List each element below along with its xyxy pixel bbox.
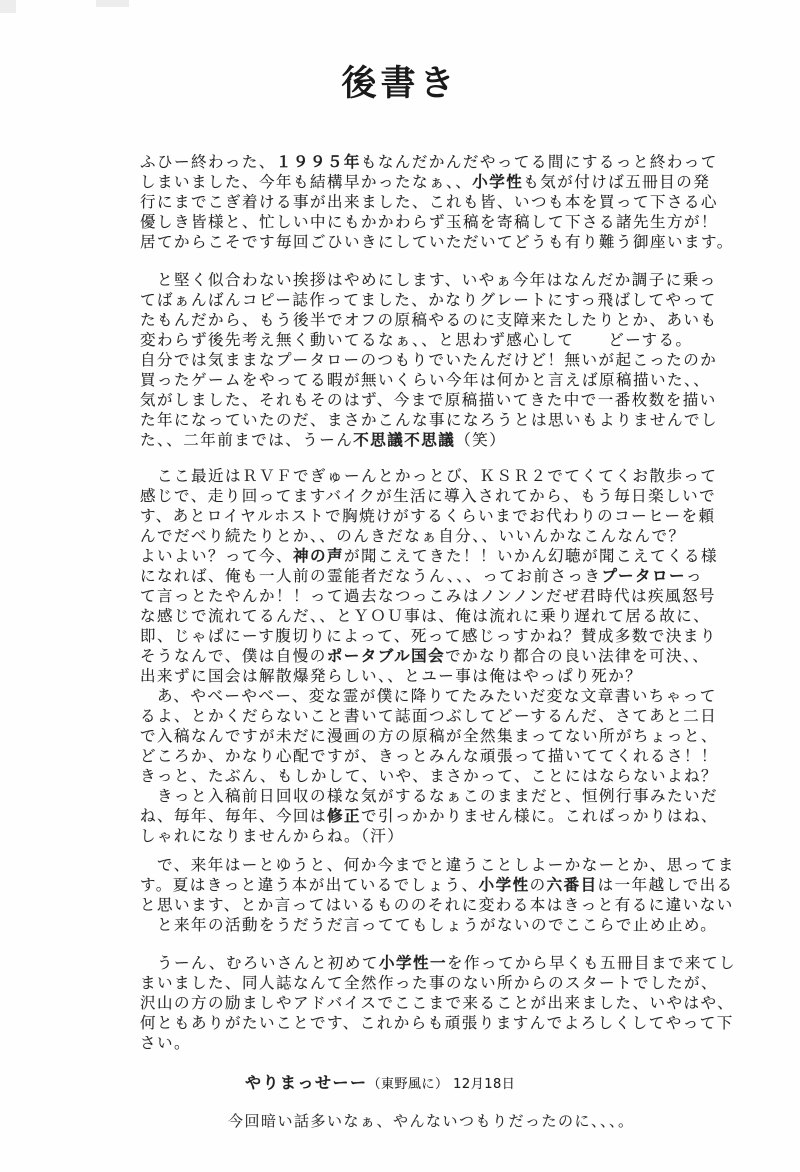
body-text-segment: 行にまでこぎ着ける事が出来ました、これも皆、いつも本を買って下さる心	[140, 193, 718, 211]
text-line: んでだべり続たりとか、、のんきだなぁ自分、、いいんかなこんなんで？	[140, 526, 685, 546]
text-line: 何ともありがたいことです、これからも頑張りますんでよろしくしてやって下	[140, 1013, 685, 1033]
text-line: まいました、同人誌なんて全然作った事のない所からのスタートでしたが、	[140, 973, 685, 993]
text-line: た、、二年前までは、うーん不思議不思議（笑）	[140, 430, 685, 450]
body-text-segment: 買ったゲームをやってる暇が無いくらい今年は何かと言えば原稿描いた、、	[140, 371, 710, 389]
emphasized-text: 不思議不思議	[353, 431, 455, 449]
paragraph-p3: ここ最近はＲＶＦでぎゅーんとかっとび、ＫＳＲ２でてくてくお散歩って感じで、走り回…	[140, 466, 685, 846]
body-text-segment: しまいました、今年も結構早かったなぁ、、	[140, 173, 472, 191]
text-line: 変わらず後先考え無く動いてるなぁ、、と思わず感心して どーする。	[140, 330, 685, 350]
text-line: しゃれになりませんからね。（汗）	[140, 826, 685, 846]
afterword-page: 後書き ふひー終わった、１９９５年もなんだかんだやってる間にするっと終わってしま…	[0, 0, 800, 1172]
body-text-segment: きっと入稿前日回収の様な気がするなぁこのままだと、恒例行事みたいだ	[140, 787, 718, 805]
emphasized-text: 修正	[327, 807, 361, 825]
text-line: よいよい？って今、神の声が聞こえてきた！！いかん幻聴が聞こえてくる様	[140, 546, 685, 566]
text-line: 居てからこそです毎回ごひいきにしていただいてどうも有り難う御座います。	[140, 232, 685, 252]
text-line: やりまっせーー（東野風に） 12月18日	[245, 1073, 685, 1093]
emphasized-text: 小学性	[479, 876, 530, 894]
text-line: ふひー終わった、１９９５年もなんだかんだやってる間にするっと終わって	[140, 152, 685, 172]
paragraph-p4: で、来年はーとゆうと、何か今までと違うことしよーかなーとか、思ってます。夏はきっ…	[140, 855, 685, 935]
text-line: 今回暗い話多いなぁ、やんないつもりだったのに、、、。	[228, 1111, 685, 1131]
body-text-segment: た年になっていたのだ、まさかこんな事になろうとは思いもよりませんでし	[140, 411, 718, 429]
body-text-segment: で引っかかりません様に。こればっかりはね、	[361, 807, 718, 825]
emphasized-text: 小学性	[472, 173, 523, 191]
text-line: あ、やべーやべー、変な霊が僕に降りてたみたいだ変な文章書いちゃって	[140, 686, 685, 706]
text-line: さい。	[140, 1033, 685, 1053]
text-line: ここ最近はＲＶＦでぎゅーんとかっとび、ＫＳＲ２でてくてくお散歩って	[140, 466, 685, 486]
body-text-segment: 変わらず後先考え無く動いてるなぁ、、と思わず感心して どーする。	[140, 331, 692, 349]
body-text-segment: ね、毎年、毎年、今回は	[140, 807, 327, 825]
emphasized-text: 小学性一	[379, 954, 447, 972]
text-line: そうなんで、僕は自慢のポータブル国会でかなり都合の良い法律を可決、、	[140, 646, 685, 666]
body-text-segment: （東野風に）	[368, 1077, 449, 1092]
signature-line: やりまっせーー（東野風に） 12月18日	[140, 1073, 685, 1093]
body-text-segment: 居てからこそです毎回ごひいきにしていただいてどうも有り難う御座います。	[140, 233, 734, 251]
emphasized-text: やりまっせーー	[245, 1073, 368, 1092]
body-text-segment: うーん、むろいさんと初めて	[140, 954, 379, 972]
text-line: 出来ずに国会は解散爆発らしい、、とユー事は俺はやっぱり死か？	[140, 666, 685, 686]
emphasized-text: 神の声	[293, 547, 344, 565]
text-line: て言っとたやんか！！って過去なつっこみはノンノンだぜ君時代は疾風怒号	[140, 586, 685, 606]
text-line: 自分では気ままなプータローのつもりでいたんだけど！無いが起こったのか	[140, 350, 685, 370]
text-line: で、来年はーとゆうと、何か今までと違うことしよーかなーとか、思ってま	[140, 855, 685, 875]
body-text-segment: で、来年はーとゆうと、何か今までと違うことしよーかなーとか、思ってま	[140, 856, 735, 874]
body-text-segment: まいました、同人誌なんて全然作った事のない所からのスタートでしたが、	[140, 974, 718, 992]
body-text-segment: と来年の活動をうだうだ言っててもしょうがないのでここらで止め止め。	[140, 916, 717, 934]
body-text-segment: っ	[686, 567, 703, 585]
text-line: しまいました、今年も結構早かったなぁ、、小学性も気が付けば五冊目の発	[140, 172, 685, 192]
body-text-segment: て言っとたやんか！！って過去なつっこみはノンノンだぜ君時代は疾風怒号	[140, 587, 716, 605]
text-line: 即、じゃぱにーす腹切りによって、死って感じっすかね？賛成多数で決まり	[140, 626, 685, 646]
emphasized-text: １９９５年	[276, 153, 361, 171]
body-text-segment: よいよい？って今、	[140, 547, 293, 565]
body-text-segment: 自分では気ままなプータローのつもりでいたんだけど！無いが起こったのか	[140, 351, 717, 369]
body-text-segment: たもんだから、もう後半でオフの原稿やるのに支障来たしたりとか、あいも	[140, 311, 718, 329]
body-text-segment: と思います、とか言ってはいるもののそれに変わる本はきっと有るに違いない	[140, 896, 734, 914]
text-line: 優しき皆様と、忙しい中にもかかわらず玉稿を寄稿して下さる諸先生方が！	[140, 212, 685, 232]
text-line: す、あとロイヤルホストで胸焼けがするくらいまでお代わりのコーヒーを頼	[140, 506, 685, 526]
body-text-segment: な感じで流れてるんだ、、とＹＯＵ事は、俺は流れに乗り遅れて居る故に、	[140, 607, 710, 625]
emphasized-text: ポータブル国会	[327, 647, 445, 665]
text-line: 買ったゲームをやってる暇が無いくらい今年は何かと言えば原稿描いた、、	[140, 370, 685, 390]
postscript-line: 今回暗い話多いなぁ、やんないつもりだったのに、、、。	[140, 1111, 685, 1131]
body-text-segment: す。夏はきっと違う本が出ているでしょう、	[140, 876, 479, 894]
body-text-segment: と堅く似合わない挨拶はやめにします、いやぁ今年はなんだか調子に乗っ	[140, 271, 717, 289]
paragraph-p5: うーん、むろいさんと初めて小学性一を作ってから早くも五冊目まで来てしまいました、…	[140, 953, 685, 1053]
text-line: と堅く似合わない挨拶はやめにします、いやぁ今年はなんだか調子に乗っ	[140, 270, 685, 290]
body-text-segment: は一年越しで出る	[598, 876, 734, 894]
body-text-segment: 即、じゃぱにーす腹切りによって、死って感じっすかね？賛成多数で決まり	[140, 627, 717, 645]
text-line: と来年の活動をうだうだ言っててもしょうがないのでここらで止め止め。	[140, 915, 685, 935]
body-text-segment: さい。	[140, 1034, 191, 1052]
body-text-segment: きっと、たぶん、もしかして、いや、まさかって、ことにはならないよね？	[140, 767, 718, 785]
text-line: で入稿なんですが未だに漫画の方の原稿が全然集まってない所がちょっと、	[140, 726, 685, 746]
text-line: になれば、俺も一人前の霊能者だなうん、、、ってお前さっきプータローっ	[140, 566, 685, 586]
body-text-segment: そうなんで、僕は自慢の	[140, 647, 327, 665]
paragraph-p2: と堅く似合わない挨拶はやめにします、いやぁ今年はなんだか調子に乗ってばぁんばんコ…	[140, 270, 685, 450]
text-line: てばぁんばんコピー誌作ってました、かなりグレートにすっ飛ばしてやって	[140, 290, 685, 310]
body-text-segment: になれば、俺も一人前の霊能者だなうん、、、ってお前さっき	[140, 567, 601, 585]
body-text-segment: でかなり都合の良い法律を可決、、	[445, 647, 709, 665]
scan-artifact-corner	[0, 0, 16, 13]
text-line: 行にまでこぎ着ける事が出来ました、これも皆、いつも本を買って下さる心	[140, 192, 685, 212]
body-text-segment: が聞こえてきた！！いかん幻聴が聞こえてくる様	[344, 547, 718, 565]
body-text-segment: るよ、とかくだらないこと書いて誌面つぶしてどーするんだ、さてあと二日	[140, 707, 717, 725]
afterword-body: ふひー終わった、１９９５年もなんだかんだやってる間にするっと終わってしまいました…	[140, 152, 685, 1131]
body-text-segment: もなんだかんだやってる間にするっと終わって	[361, 153, 718, 171]
body-text-segment: ふひー終わった、	[140, 153, 276, 171]
text-line: たもんだから、もう後半でオフの原稿やるのに支障来たしたりとか、あいも	[140, 310, 685, 330]
page-title: 後書き	[0, 56, 800, 106]
body-text-segment: 沢山の方の励ましやアドバイスでここまで来ることが出来ました、いやはや、	[140, 994, 734, 1012]
text-line: な感じで流れてるんだ、、とＹＯＵ事は、俺は流れに乗り遅れて居る故に、	[140, 606, 685, 626]
text-line: うーん、むろいさんと初めて小学性一を作ってから早くも五冊目まで来てし	[140, 953, 685, 973]
scan-artifact-bar	[96, 0, 129, 7]
text-line: るよ、とかくだらないこと書いて誌面つぶしてどーするんだ、さてあと二日	[140, 706, 685, 726]
body-text-segment: 出来ずに国会は解散爆発らしい、、とユー事は俺はやっぱり死か？	[140, 667, 642, 685]
emphasized-text: 六番目	[547, 876, 598, 894]
text-line: と思います、とか言ってはいるもののそれに変わる本はきっと有るに違いない	[140, 895, 685, 915]
text-line: 気がしました、それもそのはず、今まで原稿描いてきた中で一番枚数を描い	[140, 390, 685, 410]
text-line: きっと入稿前日回収の様な気がするなぁこのままだと、恒例行事みたいだ	[140, 786, 685, 806]
body-text-segment: で入稿なんですが未だに漫画の方の原稿が全然集まってない所がちょっと、	[140, 727, 718, 745]
body-text-segment: ここ最近はＲＶＦでぎゅーんとかっとび、ＫＳＲ２でてくてくお散歩って	[140, 467, 717, 485]
body-text-segment: （笑）	[455, 431, 506, 449]
body-text-segment: 優しき皆様と、忙しい中にもかかわらず玉稿を寄稿して下さる諸先生方が！	[140, 213, 718, 231]
body-text-segment: 感じで、走り回ってますバイクが生活に導入されてから、もう毎日楽しいで	[140, 487, 716, 505]
text-line: どころか、かなり心配ですが、きっとみんな頑張って描いててくれるさ！！	[140, 746, 685, 766]
body-text-segment: を作ってから早くも五冊目まで来てし	[447, 954, 736, 972]
body-text-segment: 気がしました、それもそのはず、今まで原稿描いてきた中で一番枚数を描い	[140, 391, 717, 409]
emphasized-text: プータロー	[601, 567, 686, 585]
body-text-segment: んでだべり続たりとか、、のんきだなぁ自分、、いいんかなこんなんで？	[140, 527, 686, 545]
text-line: 感じで、走り回ってますバイクが生活に導入されてから、もう毎日楽しいで	[140, 486, 685, 506]
body-text-segment: しゃれになりませんからね。（汗）	[140, 827, 404, 845]
body-text-segment: す、あとロイヤルホストで胸焼けがするくらいまでお代わりのコーヒーを頼	[140, 507, 716, 525]
text-line: きっと、たぶん、もしかして、いや、まさかって、ことにはならないよね？	[140, 766, 685, 786]
body-text-segment: 何ともありがたいことです、これからも頑張りますんでよろしくしてやって下	[140, 1014, 734, 1032]
body-text-segment: の	[530, 876, 547, 894]
text-line: た年になっていたのだ、まさかこんな事になろうとは思いもよりませんでし	[140, 410, 685, 430]
text-line: ね、毎年、毎年、今回は修正で引っかかりません様に。こればっかりはね、	[140, 806, 685, 826]
body-text-segment: 12月18日	[449, 1077, 516, 1092]
body-text-segment: 今回暗い話多いなぁ、やんないつもりだったのに、、、。	[228, 1112, 635, 1130]
paragraph-p1: ふひー終わった、１９９５年もなんだかんだやってる間にするっと終わってしまいました…	[140, 152, 685, 252]
body-text-segment: どころか、かなり心配ですが、きっとみんな頑張って描いててくれるさ！！	[140, 747, 718, 765]
body-text-segment: あ、やべーやべー、変な霊が僕に降りてたみたいだ変な文章書いちゃって	[140, 687, 717, 705]
body-text-segment: た、、二年前までは、うーん	[140, 431, 353, 449]
body-text-segment: てばぁんばんコピー誌作ってました、かなりグレートにすっ飛ばしてやって	[140, 291, 716, 309]
text-line: 沢山の方の励ましやアドバイスでここまで来ることが出来ました、いやはや、	[140, 993, 685, 1013]
text-line: す。夏はきっと違う本が出ているでしょう、小学性の六番目は一年越しで出る	[140, 875, 685, 895]
body-text-segment: も気が付けば五冊目の発	[523, 173, 710, 191]
